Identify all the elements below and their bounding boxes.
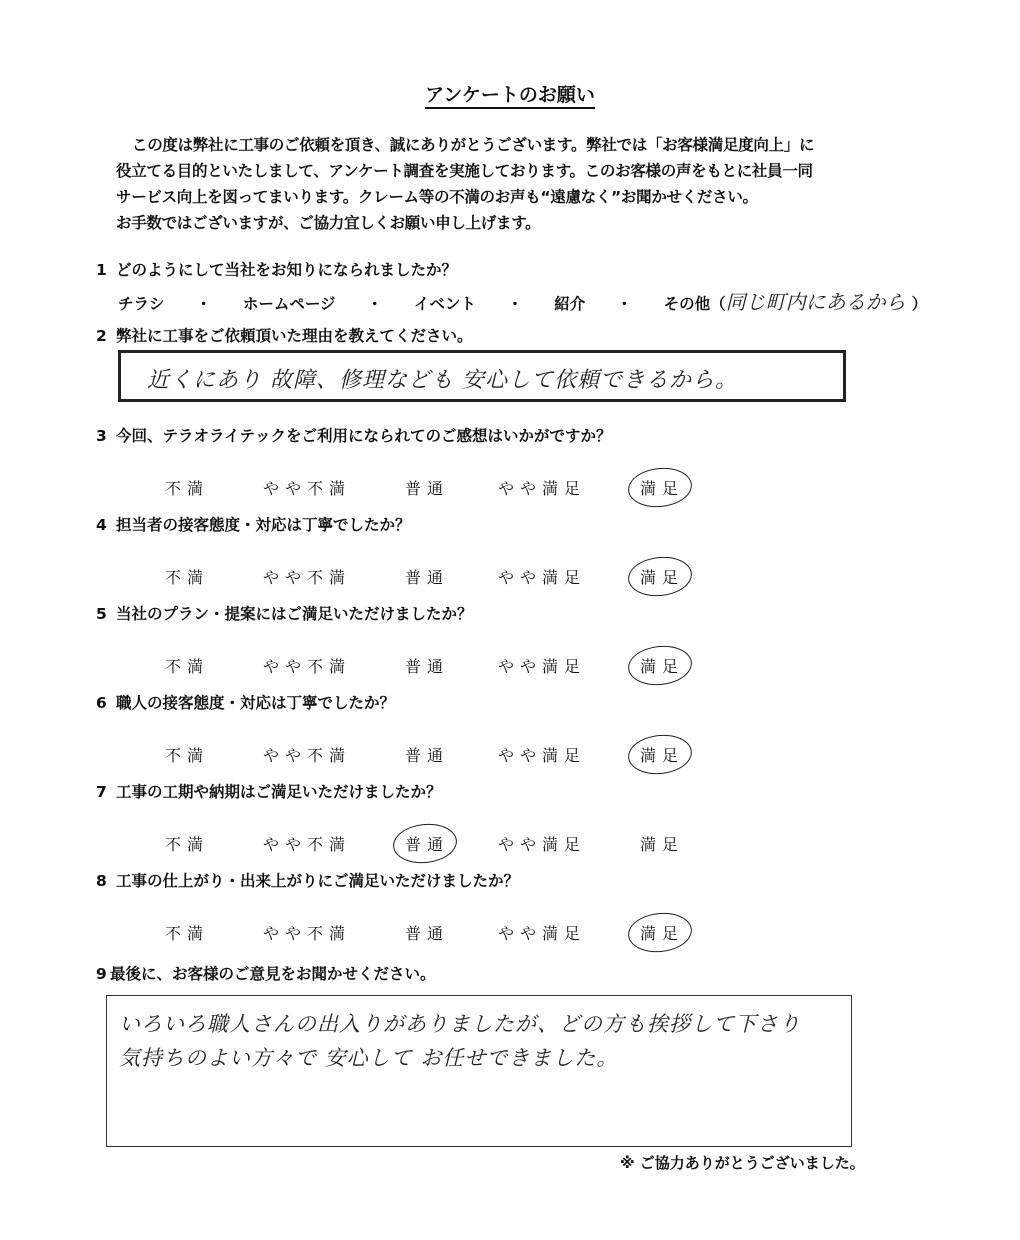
option-satisfied-selected[interactable]: 満足 (640, 743, 684, 766)
comment-line: 気持ちのよい方々で 安心して お任せできました。 (119, 1042, 618, 1072)
separator: ・ (367, 295, 383, 313)
rating-scale-q5: 不満 やや不満 普通 やや満足 満足 (0, 654, 1020, 684)
separator: ・ (507, 295, 523, 313)
rating-scale-q7: 不満 やや不満 普通 やや満足 満足 (0, 832, 1020, 862)
separator: ・ (196, 295, 212, 313)
question-7: 7工事の工期や納期はご満足いただけましたか？ (96, 780, 442, 802)
question-text: どのようにして当社をお知りになられましたか？ (116, 261, 457, 279)
question-number: 8 (96, 872, 116, 890)
question-text: 今回、テラオライテックをご利用になられてのご感想はいかがですか？ (116, 427, 612, 445)
separator: ・ (617, 295, 633, 313)
option-flyer[interactable]: チラシ (118, 295, 165, 313)
option-dissatisfied[interactable]: 不満 (165, 476, 209, 499)
option-dissatisfied[interactable]: 不満 (165, 743, 209, 766)
question-text: 工事の工期や納期はご満足いただけましたか？ (116, 783, 442, 801)
option-somewhat-dissatisfied[interactable]: やや不満 (263, 565, 351, 588)
option-neutral[interactable]: 普通 (405, 565, 449, 588)
option-neutral-selected[interactable]: 普通 (405, 832, 449, 855)
intro-line: お手数ではございますが、ご協力宜しくお願い申し上げます。 (116, 210, 896, 236)
intro-line: 役立てる目的といたしまして、アンケート調査を実施しております。このお客様の声をも… (116, 158, 896, 184)
option-other-label: その他（ (664, 295, 726, 313)
survey-title: アンケートのお願い (0, 80, 1020, 107)
rating-scale-q3: 不満 やや不満 普通 やや満足 満足 (0, 476, 1020, 506)
question-number: 1 (96, 261, 116, 279)
option-satisfied-selected[interactable]: 満足 (640, 565, 684, 588)
rating-scale-q8: 不満 やや不満 普通 やや満足 満足 (0, 921, 1020, 951)
option-satisfied[interactable]: 満足 (640, 832, 684, 855)
question-4: 4担当者の接客態度・対応は丁寧でしたか？ (96, 513, 411, 535)
question-number: 2 (96, 327, 116, 345)
reason-answer-text: 近くにあり 故障、修理なども 安心して依頼できるから。 (147, 363, 738, 394)
option-somewhat-dissatisfied[interactable]: やや不満 (263, 743, 351, 766)
intro-line: この度は弊社に工事のご依頼を頂き、誠にありがとうございます。弊社では「お客様満足… (116, 132, 896, 158)
option-other-input[interactable]: 同じ町内にあるから (726, 290, 906, 314)
question-text: 担当者の接客態度・対応は丁寧でしたか？ (116, 516, 411, 534)
question-5: 5当社のプラン・提案にはご満足いただけましたか？ (96, 602, 473, 624)
intro-line: サービス向上を図ってまいります。クレーム等の不満のお声も“遠慮なく”お聞かせくだ… (116, 184, 896, 210)
option-referral[interactable]: 紹介 (554, 295, 585, 313)
option-somewhat-satisfied[interactable]: やや満足 (498, 476, 586, 499)
source-options: チラシ ・ ホームページ ・ イベント ・ 紹介 ・ その他（同じ町内にあるから… (118, 286, 953, 315)
question-3: 3今回、テラオライテックをご利用になられてのご感想はいかがですか？ (96, 424, 612, 446)
thank-you-note: ※ ご協力ありがとうございました。 (620, 1152, 865, 1173)
reason-answer-box[interactable]: 近くにあり 故障、修理なども 安心して依頼できるから。 (118, 350, 846, 402)
option-homepage[interactable]: ホームページ (243, 295, 336, 313)
question-6: 6職人の接客態度・対応は丁寧でしたか？ (96, 691, 395, 713)
option-neutral[interactable]: 普通 (405, 654, 449, 677)
question-number: 5 (96, 605, 116, 623)
option-satisfied-selected[interactable]: 満足 (640, 921, 684, 944)
option-other-close: ） (912, 295, 928, 313)
option-somewhat-dissatisfied[interactable]: やや不満 (263, 654, 351, 677)
option-dissatisfied[interactable]: 不満 (165, 832, 209, 855)
option-somewhat-satisfied[interactable]: やや満足 (498, 654, 586, 677)
option-neutral[interactable]: 普通 (405, 743, 449, 766)
question-number: 4 (96, 516, 116, 534)
rating-scale-q4: 不満 やや不満 普通 やや満足 満足 (0, 565, 1020, 595)
option-somewhat-satisfied[interactable]: やや満足 (498, 743, 586, 766)
option-neutral[interactable]: 普通 (405, 476, 449, 499)
option-neutral[interactable]: 普通 (405, 921, 449, 944)
option-somewhat-dissatisfied[interactable]: やや不満 (263, 832, 351, 855)
question-text: 最後に、お客様のご意見をお聞かせください。 (110, 965, 436, 983)
option-dissatisfied[interactable]: 不満 (165, 921, 209, 944)
rating-scale-q6: 不満 やや不満 普通 やや満足 満足 (0, 743, 1020, 773)
intro-paragraph: この度は弊社に工事のご依頼を頂き、誠にありがとうございます。弊社では「お客様満足… (116, 132, 896, 236)
question-number: 3 (96, 427, 116, 445)
question-number: 7 (96, 783, 116, 801)
option-somewhat-dissatisfied[interactable]: やや不満 (263, 476, 351, 499)
comment-line: いろいろ職人さんの出入りがありましたが、どの方も挨拶して下さり (119, 1008, 801, 1038)
option-dissatisfied[interactable]: 不満 (165, 565, 209, 588)
question-1: 1どのようにして当社をお知りになられましたか？ (96, 258, 457, 280)
option-dissatisfied[interactable]: 不満 (165, 654, 209, 677)
question-number: 9 (96, 965, 110, 983)
question-text: 当社のプラン・提案にはご満足いただけましたか？ (116, 605, 473, 623)
option-somewhat-satisfied[interactable]: やや満足 (498, 565, 586, 588)
option-somewhat-satisfied[interactable]: やや満足 (498, 921, 586, 944)
question-8: 8工事の仕上がり・出来上がりにご満足いただけましたか？ (96, 869, 519, 891)
option-somewhat-satisfied[interactable]: やや満足 (498, 832, 586, 855)
question-text: 工事の仕上がり・出来上がりにご満足いただけましたか？ (116, 872, 519, 890)
question-text: 弊社に工事をご依頼頂いた理由を教えてください。 (116, 327, 473, 345)
option-event[interactable]: イベント (414, 295, 476, 313)
option-satisfied-selected[interactable]: 満足 (640, 476, 684, 499)
question-number: 6 (96, 694, 116, 712)
question-9: 9最後に、お客様のご意見をお聞かせください。 (96, 962, 436, 984)
option-somewhat-dissatisfied[interactable]: やや不満 (263, 921, 351, 944)
comment-answer-box[interactable]: いろいろ職人さんの出入りがありましたが、どの方も挨拶して下さり 気持ちのよい方々… (106, 995, 852, 1147)
option-satisfied-selected[interactable]: 満足 (640, 654, 684, 677)
question-text: 職人の接客態度・対応は丁寧でしたか？ (116, 694, 395, 712)
question-2: 2弊社に工事をご依頼頂いた理由を教えてください。 (96, 324, 473, 346)
